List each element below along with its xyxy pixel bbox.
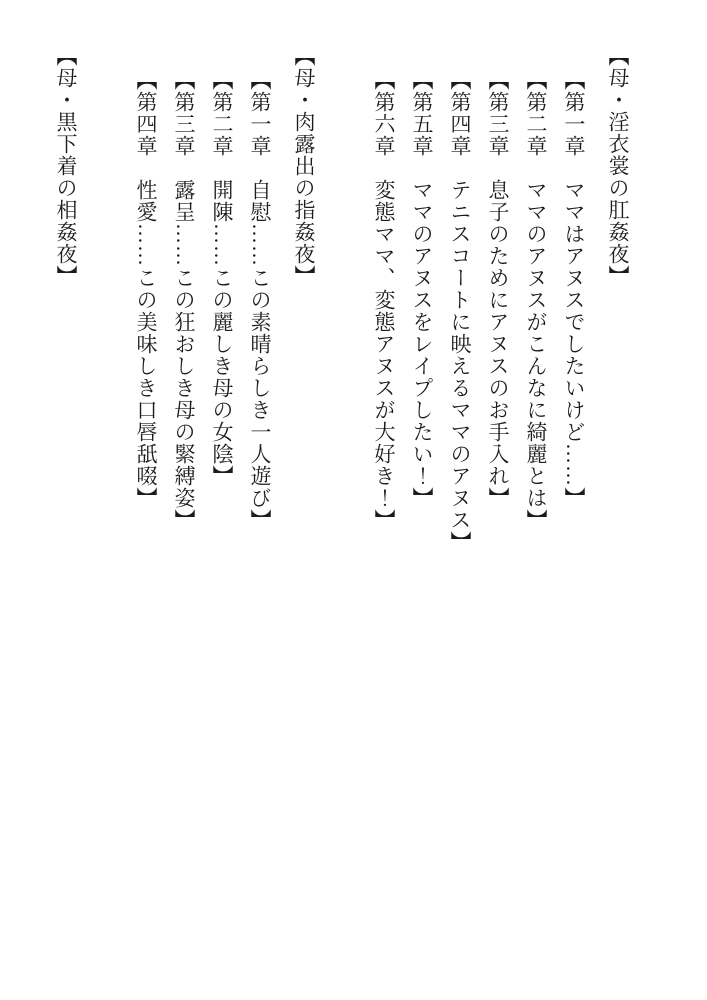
toc-page: 【母・淫衣裳の肛姦夜】 【第一章 ママはアヌスでしたいけど……】 【第二章 ママ… [0,0,707,1000]
chapter-2-2: 【第二章 開陳……この麗しき母の女陰】 [203,45,241,975]
chapter-1-6: 【第六章 変態ママ、変態アヌスが大好き！】 [365,45,403,975]
toc-section-1: 【母・淫衣裳の肛姦夜】 【第一章 ママはアヌスでしたいけど……】 【第二章 ママ… [365,45,637,975]
chapter-2-1: 【第一章 自慰……この素晴らしき一人遊び】 [241,45,279,975]
chapter-2-4: 【第四章 性愛……この美味しき口唇舐啜】 [127,45,165,975]
book-title-1: 【母・淫衣裳の肛姦夜】 [599,45,637,975]
chapter-1-4: 【第四章 テニスコートに映えるママのアヌス】 [441,45,479,975]
chapter-1-5: 【第五章 ママのアヌスをレイプしたい！】 [403,45,441,975]
chapter-1-2: 【第二章 ママのアヌスがこんなに綺麗とは】 [517,45,555,975]
book-title-2: 【母・肉露出の指姦夜】 [285,45,323,975]
toc-section-2: 【母・肉露出の指姦夜】 【第一章 自慰……この素晴らしき一人遊び】 【第二章 開… [127,45,323,975]
chapter-2-3: 【第三章 露呈……この狂おしき母の緊縛姿】 [165,45,203,975]
book-title-3: 【母・黒下着の相姦夜】 [47,45,85,975]
chapter-1-3: 【第三章 息子のためにアヌスのお手入れ】 [479,45,517,975]
toc-content: 【母・淫衣裳の肛姦夜】 【第一章 ママはアヌスでしたいけど……】 【第二章 ママ… [41,45,637,975]
chapter-1-1: 【第一章 ママはアヌスでしたいけど……】 [555,45,593,975]
toc-section-3: 【母・黒下着の相姦夜】 [47,45,85,975]
